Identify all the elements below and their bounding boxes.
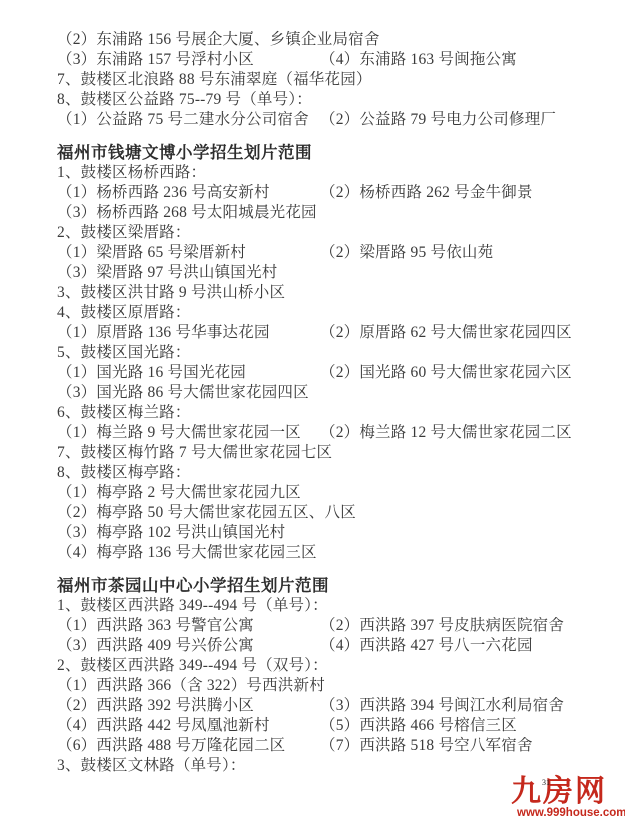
line-column-1: （1）梅兰路 9 号大儒世家花园一区 <box>57 423 320 443</box>
document-line: （1）国光路 16 号国光花园（2）国光路 60 号大儒世家花园六区 <box>57 363 615 383</box>
line-column-2: （2）杨桥西路 262 号金牛御景 <box>320 183 533 203</box>
line-column-2: （7）西洪路 518 号空八军宿舍 <box>320 736 533 756</box>
line-column-2: （2）梁厝路 95 号依山苑 <box>320 243 493 263</box>
document-line: （3）国光路 86 号大儒世家花园四区 <box>57 383 615 403</box>
document-line: 8、鼓楼区公益路 75--79 号（单号）： <box>57 90 615 110</box>
document-line: （1）西洪路 366（含 322）号西洪新村 <box>57 676 615 696</box>
document-line: （2）梅亭路 50 号大儒世家花园五区、八区 <box>57 503 615 523</box>
document-line: 1、鼓楼区杨桥西路： <box>57 163 615 183</box>
document-line: 3、鼓楼区文林路（单号）： <box>57 756 615 776</box>
line-column-1: （1）公益路 75 号二建水分公司宿舍 <box>57 110 320 130</box>
document-line: （1）公益路 75 号二建水分公司宿舍（2）公益路 79 号电力公司修理厂 <box>57 110 615 130</box>
document-line: 8、鼓楼区梅亭路： <box>57 463 615 483</box>
site-logo: 九房网 <box>511 777 607 807</box>
watermark-footer: 31 九房网 www.999house.com <box>509 777 621 821</box>
line-column-1: （1）原厝路 136 号华事达花园 <box>57 323 320 343</box>
line-column-2: （5）西洪路 466 号榕信三区 <box>320 716 517 736</box>
document-line: 2、鼓楼区西洪路 349--494 号（双号）： <box>57 656 615 676</box>
document-line: 7、鼓楼区北浪路 88 号东浦翠庭（福华花园） <box>57 70 615 90</box>
line-column-2: （2）原厝路 62 号大儒世家花园四区 <box>320 323 572 343</box>
line-column-1: （1）国光路 16 号国光花园 <box>57 363 320 383</box>
line-column-2: （2）西洪路 397 号皮肤病医院宿舍 <box>320 616 564 636</box>
document-line: 7、鼓楼区梅竹路 7 号大儒世家花园七区 <box>57 443 615 463</box>
document-line: 5、鼓楼区国光路： <box>57 343 615 363</box>
document-line: （3）梁厝路 97 号洪山镇国光村 <box>57 263 615 283</box>
document-line: （6）西洪路 488 号万隆花园二区（7）西洪路 518 号空八军宿舍 <box>57 736 615 756</box>
document-line: （3）西洪路 409 号兴侨公寓（4）西洪路 427 号八一六花园 <box>57 636 615 656</box>
document-line: 6、鼓楼区梅兰路： <box>57 403 615 423</box>
line-column-1: （4）西洪路 442 号凤凰池新村 <box>57 716 320 736</box>
document-line: （4）梅亭路 136 号大儒世家花园三区 <box>57 543 615 563</box>
document-line: （1）梅兰路 9 号大儒世家花园一区（2）梅兰路 12 号大儒世家花园二区 <box>57 423 615 443</box>
document-line: （4）西洪路 442 号凤凰池新村（5）西洪路 466 号榕信三区 <box>57 716 615 736</box>
line-column-1: （2）西洪路 392 号洪腾小区 <box>57 696 320 716</box>
document-line: （2）东浦路 156 号展企大厦、乡镇企业局宿舍 <box>57 30 615 50</box>
line-column-2: （2）梅兰路 12 号大儒世家花园二区 <box>320 423 572 443</box>
document-line: （1）原厝路 136 号华事达花园（2）原厝路 62 号大儒世家花园四区 <box>57 323 615 343</box>
line-column-2: （3）西洪路 394 号闽江水利局宿舍 <box>320 696 564 716</box>
document-line: 1、鼓楼区西洪路 349--494 号（单号）： <box>57 596 615 616</box>
site-logo-url: www.999house.com <box>517 807 625 820</box>
line-column-1: （1）梁厝路 65 号梁厝新村 <box>57 243 320 263</box>
document-line: （1）杨桥西路 236 号高安新村（2）杨桥西路 262 号金牛御景 <box>57 183 615 203</box>
document-body: （2）东浦路 156 号展企大厦、乡镇企业局宿舍（3）东浦路 157 号浮村小区… <box>57 30 615 776</box>
line-column-2: （2）国光路 60 号大儒世家花园六区 <box>320 363 572 383</box>
document-page: （2）东浦路 156 号展企大厦、乡镇企业局宿舍（3）东浦路 157 号浮村小区… <box>0 0 625 827</box>
document-line: （3）梅亭路 102 号洪山镇国光村 <box>57 523 615 543</box>
line-column-1: （1）杨桥西路 236 号高安新村 <box>57 183 320 203</box>
document-line: （1）梁厝路 65 号梁厝新村（2）梁厝路 95 号依山苑 <box>57 243 615 263</box>
document-line: （1）西洪路 363 号警官公寓（2）西洪路 397 号皮肤病医院宿舍 <box>57 616 615 636</box>
line-column-2: （4）东浦路 163 号闽拖公寓 <box>320 50 517 70</box>
document-line: 3、鼓楼区洪甘路 9 号洪山桥小区 <box>57 283 615 303</box>
document-line: （3）杨桥西路 268 号太阳城晨光花园 <box>57 203 615 223</box>
document-line: （1）梅亭路 2 号大儒世家花园九区 <box>57 483 615 503</box>
line-column-2: （2）公益路 79 号电力公司修理厂 <box>320 110 556 130</box>
document-line: （3）东浦路 157 号浮村小区（4）东浦路 163 号闽拖公寓 <box>57 50 615 70</box>
line-column-2: （4）西洪路 427 号八一六花园 <box>320 636 533 656</box>
line-column-1: （3）东浦路 157 号浮村小区 <box>57 50 320 70</box>
page-number: 31 <box>542 779 550 787</box>
document-line: 4、鼓楼区原厝路： <box>57 303 615 323</box>
document-line: （2）西洪路 392 号洪腾小区（3）西洪路 394 号闽江水利局宿舍 <box>57 696 615 716</box>
section-title: 福州市钱塘文博小学招生划片范围 <box>57 143 615 163</box>
line-column-1: （6）西洪路 488 号万隆花园二区 <box>57 736 320 756</box>
line-column-1: （3）西洪路 409 号兴侨公寓 <box>57 636 320 656</box>
line-column-1: （1）西洪路 363 号警官公寓 <box>57 616 320 636</box>
document-line: 2、鼓楼区梁厝路： <box>57 223 615 243</box>
section-title: 福州市茶园山中心小学招生划片范围 <box>57 576 615 596</box>
